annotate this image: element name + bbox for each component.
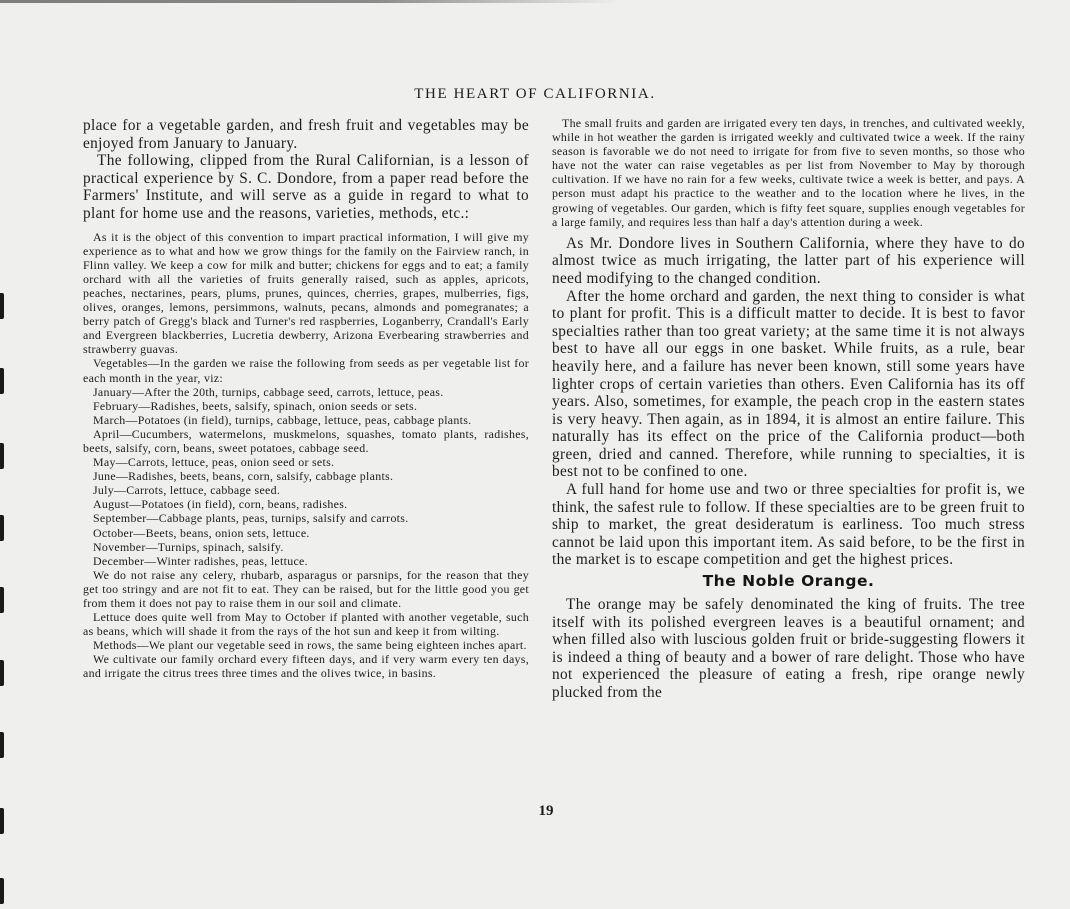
left-column: place for a vegetable garden, and fresh … bbox=[83, 117, 529, 681]
binding-hole-mark bbox=[0, 732, 4, 758]
month-entry-january: January—After the 20th, turnips, cabbage… bbox=[83, 385, 529, 399]
running-head: THE HEART OF CALIFORNIA. bbox=[0, 86, 1070, 103]
month-entry-march: March—Potatoes (in field), turnips, cabb… bbox=[83, 413, 529, 427]
quoted-article: As it is the object of this convention t… bbox=[83, 230, 529, 681]
section-heading: The Noble Orange. bbox=[552, 572, 1025, 590]
quote-paragraph: As it is the object of this convention t… bbox=[83, 230, 529, 357]
binding-hole-mark bbox=[0, 368, 4, 394]
binding-hole-mark bbox=[0, 293, 4, 319]
body-paragraph: A full hand for home use and two or thre… bbox=[552, 481, 1025, 569]
page-number: 19 bbox=[0, 803, 1070, 820]
monthly-planting-list: January—After the 20th, turnips, cabbage… bbox=[83, 385, 529, 568]
body-paragraph: After the home orchard and garden, the n… bbox=[552, 288, 1025, 482]
quote-paragraph: The small fruits and garden are irrigate… bbox=[552, 116, 1025, 229]
quote-paragraph: We cultivate our family orchard every fi… bbox=[83, 652, 529, 680]
scan-top-edge bbox=[0, 0, 620, 3]
quote-paragraph: We do not raise any celery, rhubarb, asp… bbox=[83, 568, 529, 610]
month-entry-september: September—Cabbage plants, peas, turnips,… bbox=[83, 511, 529, 525]
binding-hole-mark bbox=[0, 515, 4, 541]
intro-paragraph: place for a vegetable garden, and fresh … bbox=[83, 117, 529, 152]
month-entry-june: June—Radishes, beets, beans, corn, salsi… bbox=[83, 469, 529, 483]
quote-paragraph: Methods—We plant our vegetable seed in r… bbox=[83, 638, 529, 652]
quote-paragraph: Vegetables—In the garden we raise the fo… bbox=[83, 356, 529, 384]
binding-hole-mark bbox=[0, 587, 4, 613]
month-entry-october: October—Beets, beans, onion sets, lettuc… bbox=[83, 526, 529, 540]
body-paragraph: The orange may be safely denominated the… bbox=[552, 596, 1025, 702]
month-entry-april: April—Cucumbers, watermelons, muskmelons… bbox=[83, 427, 529, 455]
month-entry-july: July—Carrots, lettuce, cabbage seed. bbox=[83, 483, 529, 497]
month-entry-may: May—Carrots, lettuce, peas, onion seed o… bbox=[83, 455, 529, 469]
quote-paragraph: Lettuce does quite well from May to Octo… bbox=[83, 610, 529, 638]
binding-hole-mark bbox=[0, 443, 4, 469]
month-entry-february: February—Radishes, beets, salsify, spina… bbox=[83, 399, 529, 413]
month-entry-december: December—Winter radishes, peas, lettuce. bbox=[83, 554, 529, 568]
binding-hole-mark bbox=[0, 660, 4, 686]
binding-hole-mark bbox=[0, 878, 4, 904]
month-entry-august: August—Potatoes (in field), corn, beans,… bbox=[83, 497, 529, 511]
right-column: The small fruits and garden are irrigate… bbox=[552, 116, 1025, 702]
month-entry-november: November—Turnips, spinach, salsify. bbox=[83, 540, 529, 554]
body-paragraph: As Mr. Dondore lives in Southern Califor… bbox=[552, 235, 1025, 288]
intro-paragraph: The following, clipped from the Rural Ca… bbox=[83, 152, 529, 222]
